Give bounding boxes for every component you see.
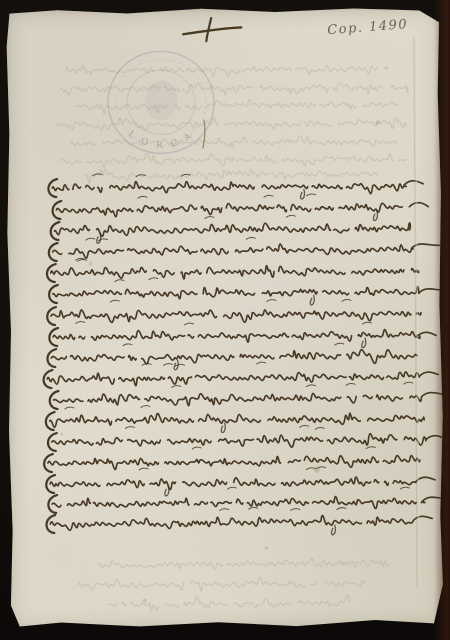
archive-stamp: L O R C A [87,35,235,176]
manuscript-page: Cop. 1490 L O R C A [5,7,445,631]
stamp-emblem [143,79,179,122]
photo-background: Cop. 1490 L O R C A [0,0,450,640]
stamp-bottom-text: L O R C A [125,123,197,155]
